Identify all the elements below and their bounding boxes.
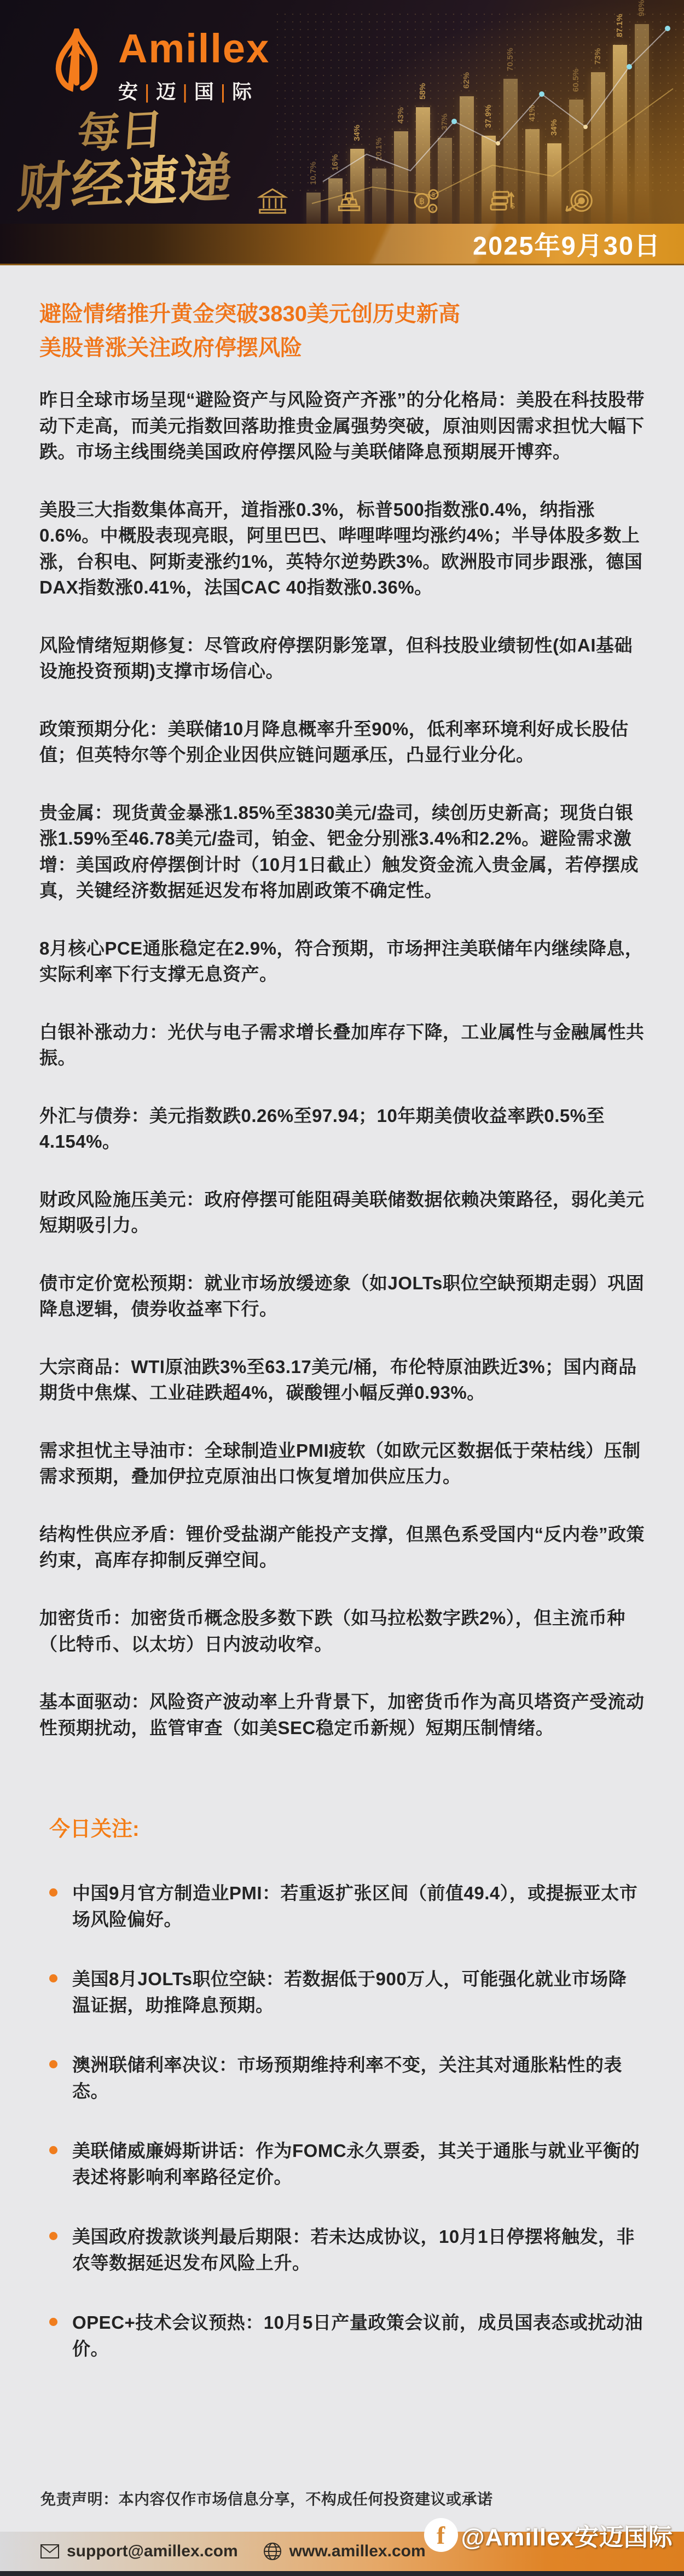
date-banner: 2025年9月30日: [0, 224, 684, 265]
poster-title-line1: 每日: [20, 104, 238, 158]
svg-text:€: €: [431, 206, 434, 213]
focus-item: OPEC+技术会议预热：10月5日产量政策会议前，成员国表态或扰动油价。: [39, 2310, 645, 2362]
headline: 避险情绪推升黄金突破3830美元创历史新高 美股普涨关注政府停摆风险: [39, 297, 645, 365]
paragraph: 白银补涨动力：光伏与电子需求增长叠加库存下降，工业属性与金融属性共振。: [39, 1019, 645, 1071]
gear-currency-icon: ฿ $ €: [410, 185, 441, 216]
focus-item-text: 美国8月JOLTs职位空缺：若数据低于900万人，可能强化就业市场降温证据，助推…: [72, 1969, 627, 2015]
bullet-dot: [49, 2060, 57, 2068]
paragraph-list: 昨日全球市场呈现“避险资产与风险资产齐涨”的分化格局：美股在科技股带动下走高，而…: [39, 387, 645, 1741]
gold-bars-icon: [334, 185, 364, 216]
svg-text:฿: ฿: [419, 196, 425, 206]
focus-item-text: 美联储威廉姆斯讲话：作为FOMC永久票委，其关于通胀与就业平衡的表述将影响利率路…: [72, 2141, 640, 2187]
brand-cn-char: 迈: [156, 80, 179, 103]
paragraph: 昨日全球市场呈现“避险资产与风险资产齐涨”的分化格局：美股在科技股带动下走高，而…: [39, 387, 645, 465]
separator: |: [179, 80, 194, 103]
brand-name: Amillex: [118, 28, 270, 69]
paragraph: 贵金属：现货黄金暴涨1.85%至3830美元/盎司，续创历史新高；现货白银涨1.…: [39, 800, 645, 904]
focus-item: 中国9月官方制造业PMI：若重返扩张区间（前值49.4），或提振亚太市场风险偏好…: [39, 1880, 645, 1932]
brand-text: Amillex 安|迈|国|际: [118, 28, 270, 104]
focus-item: 澳洲联储利率决议：市场预期维持利率不变，关注其对通胀粘性的表态。: [39, 2052, 645, 2104]
brand-cn-char: 安: [118, 80, 141, 103]
target-arrow-icon: [564, 185, 594, 216]
email-item: support@amillex.com: [40, 2542, 238, 2561]
contact-info: support@amillex.com www.amillex.com: [40, 2532, 426, 2571]
paragraph: 美股三大指数集体高开，道指涨0.3%，标普500指数涨0.4%，纳指涨0.6%。…: [39, 497, 645, 601]
cash-stack-icon: $: [487, 185, 518, 216]
focus-item-text: 中国9月官方制造业PMI：若重返扩张区间（前值49.4），或提振亚太市场风险偏好…: [72, 1883, 637, 1929]
social-handle-block: f @Amillex安迈国际: [424, 2517, 673, 2552]
bullet-dot: [49, 1888, 57, 1897]
svg-text:$: $: [432, 191, 436, 199]
envelope-icon: [40, 2542, 59, 2561]
focus-item-text: OPEC+技术会议预热：10月5日产量政策会议前，成员国表态或扰动油价。: [72, 2312, 643, 2359]
globe-icon: [263, 2542, 282, 2561]
focus-item-text: 美国政府拨款谈判最后期限：若未达成协议，10月1日停摆将触发，非农等数据延迟发布…: [72, 2226, 635, 2273]
paragraph: 大宗商品：WTI原油跌3%至63.17美元/桶，布伦特原油跌近3%；国内商品期货…: [39, 1354, 645, 1406]
bullet-dot: [49, 2146, 57, 2154]
bottom-edge-strip: [0, 2571, 684, 2576]
brand-name-chinese: 安|迈|国|际: [118, 77, 270, 104]
bullet-dot: [49, 1974, 57, 1982]
separator: |: [217, 80, 232, 103]
svg-text:$: $: [511, 201, 515, 210]
date-text: 2025年9月30日: [473, 225, 661, 262]
paragraph: 需求担忧主导油市：全球制造业PMI疲软（如欧元区数据低于荣枯线）压制需求预期，叠…: [39, 1438, 645, 1490]
paragraph: 政策预期分化：美联储10月降息概率升至90%，低利率环境利好成长股估值；但英特尔…: [39, 716, 645, 768]
email-text: support@amillex.com: [67, 2542, 238, 2561]
focus-list: 中国9月官方制造业PMI：若重返扩张区间（前值49.4），或提振亚太市场风险偏好…: [39, 1880, 645, 2362]
brand-cn-char: 国: [194, 80, 217, 103]
paragraph: 风险情绪短期修复：尽管政府停摆阴影笼罩，但科技股业绩韧性(如AI基础设施投资预期…: [39, 632, 645, 684]
poster-title-line2: 财经速递: [15, 151, 235, 217]
bank-icon: [257, 185, 288, 216]
social-handle-text: @Amillex安迈国际: [461, 2517, 673, 2552]
website-item: www.amillex.com: [263, 2542, 426, 2561]
daily-financial-briefing-poster: 10.7%16%34%20.1%43%58%37%62%37.9%70.5%41…: [0, 0, 684, 2576]
article-content: 避险情绪推升黄金突破3830美元创历史新高 美股普涨关注政府停摆风险 昨日全球市…: [0, 265, 684, 2494]
focus-item: 美联储威廉姆斯讲话：作为FOMC永久票委，其关于通胀与就业平衡的表述将影响利率路…: [39, 2138, 645, 2190]
finance-icon-row: ฿ $ € $: [257, 185, 594, 216]
bullet-dot: [49, 2318, 57, 2326]
headline-line1: 避险情绪推升黄金突破3830美元创历史新高: [39, 297, 645, 331]
paragraph: 8月核心PCE通胀稳定在2.9%，符合预期，市场押注美联储年内继续降息，实际利率…: [39, 935, 645, 987]
focus-section-title: 今日关注:: [49, 1812, 645, 1842]
paragraph: 债市定价宽松预期：就业市场放缓迹象（如JOLTs职位空缺预期走弱）巩固降息逻辑，…: [39, 1270, 645, 1322]
website-text: www.amillex.com: [289, 2542, 426, 2561]
separator: |: [141, 80, 156, 103]
focus-item: 美国8月JOLTs职位空缺：若数据低于900万人，可能强化就业市场降温证据，助推…: [39, 1966, 645, 2018]
poster-title: 每日 财经速递: [15, 104, 238, 217]
focus-item: 美国政府拨款谈判最后期限：若未达成协议，10月1日停摆将触发，非农等数据延迟发布…: [39, 2224, 645, 2276]
paragraph: 外汇与债券：美元指数跌0.26%至97.94；10年期美债收益率跌0.5%至4.…: [39, 1103, 645, 1155]
brand-logo-block: Amillex 安|迈|国|际: [50, 28, 270, 104]
brand-cn-char: 际: [232, 80, 255, 103]
header-banner: 10.7%16%34%20.1%43%58%37%62%37.9%70.5%41…: [0, 0, 684, 265]
paragraph: 财政风险施压美元：政府停摆可能阻碍美联储数据依赖决策路径，弱化美元短期吸引力。: [39, 1187, 645, 1238]
disclaimer-text: 免责声明：本内容仅作市场信息分享，不构成任何投资建议或承诺: [40, 2487, 493, 2509]
paragraph: 结构性供应矛盾：锂价受盐湖产能投产支撑，但黑色系受国内“反内卷”政策约束，高库存…: [39, 1521, 645, 1573]
flame-logo-icon: [50, 28, 103, 93]
paragraph: 加密货币：加密货币概念股多数下跌（如马拉松数字跌2%），但主流币种（比特币、以太…: [39, 1605, 645, 1657]
bullet-dot: [49, 2232, 57, 2240]
focus-item-text: 澳洲联储利率决议：市场预期维持利率不变，关注其对通胀粘性的表态。: [72, 2055, 622, 2101]
footer-bar: support@amillex.com www.amillex.com f @A…: [0, 2532, 684, 2571]
paragraph: 基本面驱动：风险资产波动率上升背景下，加密货币作为高贝塔资产受流动性预期扰动，监…: [39, 1689, 645, 1741]
headline-line2: 美股普涨关注政府停摆风险: [39, 331, 645, 365]
facebook-icon: f: [424, 2518, 458, 2552]
